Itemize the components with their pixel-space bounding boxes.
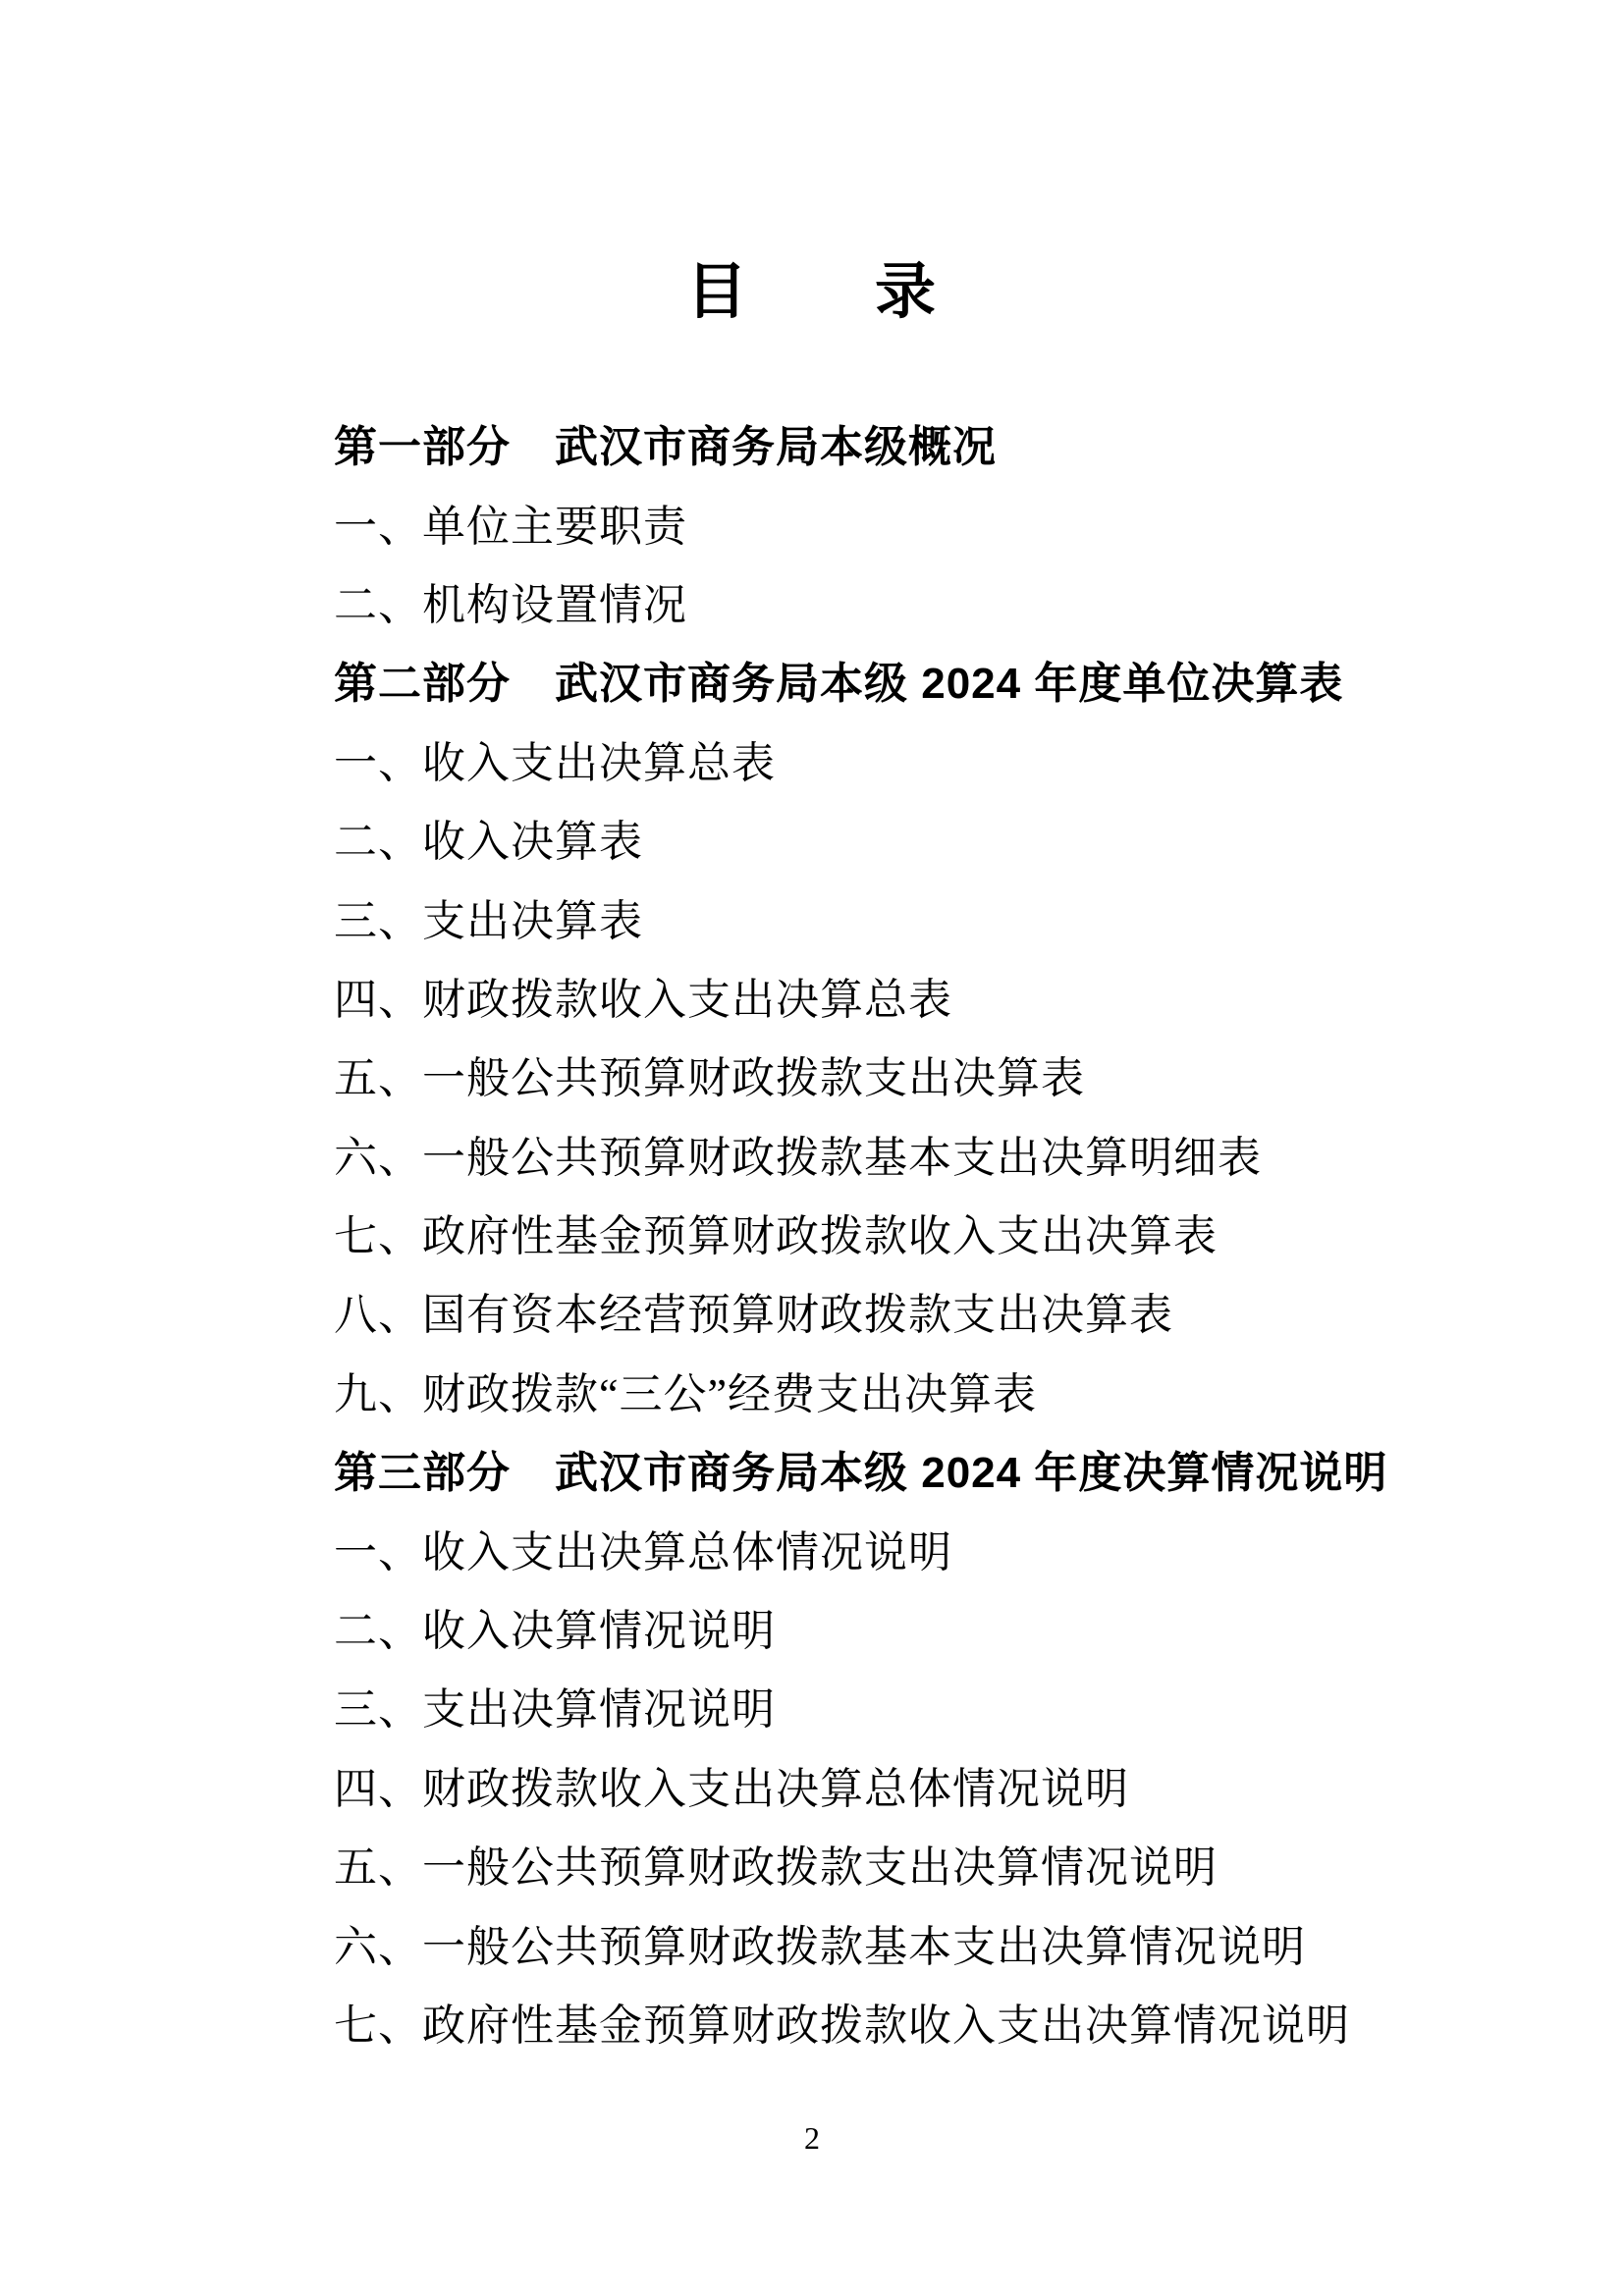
toc-entry: 二、机构设置情况 [334,561,1506,640]
page-number: 2 [0,2118,1624,2158]
toc-entry: 三、支出决算情况说明 [334,1666,1506,1744]
toc-entry: 七、政府性基金预算财政拨款收入支出决算表 [334,1193,1506,1271]
toc-entry-label: 七、政府性基金预算财政拨款收入支出决算表 [334,1201,1218,1263]
toc-entry: 七、政府性基金预算财政拨款收入支出决算情况说明 [334,1982,1506,2060]
toc-entry: 一、单位主要职责 [334,482,1506,561]
toc-entry-label: 一、收入支出决算总体情况说明 [334,1517,952,1579]
toc-entry-label: 五、一般公共预算财政拨款支出决算情况说明 [334,1832,1218,1895]
toc-entry-label: 三、支出决算情况说明 [334,1674,776,1736]
toc-entry-label: 第二部分 武汉市商务局本级 2024 年度单位决算表 [334,648,1343,711]
toc-entry-label: 八、国有资本经营预算财政拨款支出决算表 [334,1279,1173,1342]
toc-entry-label: 二、收入决算表 [334,806,643,869]
toc-entry: 四、财政拨款收入支出决算总表 [334,956,1506,1035]
toc-entry: 五、一般公共预算财政拨款支出决算情况说明 [334,1824,1506,1902]
toc-entry-label: 一、单位主要职责 [334,491,687,554]
toc-entry: 五、一般公共预算财政拨款支出决算表 [334,1035,1506,1113]
toc-entry: 九、财政拨款“三公”经费支出决算表 [334,1351,1506,1429]
toc-entry: 八、国有资本经营预算财政拨款支出决算表 [334,1271,1506,1350]
toc-entry: 六、一般公共预算财政拨款基本支出决算明细表 [334,1114,1506,1193]
toc-entry-label: 四、财政拨款收入支出决算总表 [334,964,952,1027]
toc-entry-label: 第一部分 武汉市商务局本级概况 [334,411,997,474]
toc-entry: 二、收入决算表 [334,798,1506,877]
toc-entry: 第三部分 武汉市商务局本级 2024 年度决算情况说明 [334,1429,1506,1508]
document-page: 目 录 第一部分 武汉市商务局本级概况 一、单位主要职责 二、机构设置情况 第二… [0,0,1624,2296]
toc-entry-label: 三、支出决算表 [334,885,643,948]
toc-entry-label: 六、一般公共预算财政拨款基本支出决算情况说明 [334,1911,1306,1974]
toc-entry-label: 九、财政拨款“三公”经费支出决算表 [334,1359,1037,1421]
toc-entry: 第二部分 武汉市商务局本级 2024 年度单位决算表 [334,640,1506,719]
toc-entry: 第一部分 武汉市商务局本级概况 [334,403,1506,482]
toc-entry: 一、收入支出决算总表 [334,720,1506,798]
toc-entry-label: 二、收入决算情况说明 [334,1595,776,1658]
toc-entry-label: 五、一般公共预算财政拨款支出决算表 [334,1042,1085,1105]
table-of-contents: 第一部分 武汉市商务局本级概况 一、单位主要职责 二、机构设置情况 第二部分 武… [334,403,1506,2060]
toc-entry-label: 二、机构设置情况 [334,569,687,632]
toc-entry-label: 七、政府性基金预算财政拨款收入支出决算情况说明 [334,1990,1350,2053]
toc-entry-label: 四、财政拨款收入支出决算总体情况说明 [334,1753,1129,1816]
toc-entry: 二、收入决算情况说明 [334,1587,1506,1666]
toc-entry-label: 六、一般公共预算财政拨款基本支出决算明细表 [334,1122,1262,1185]
toc-entry: 四、财政拨款收入支出决算总体情况说明 [334,1745,1506,1824]
toc-entry-label: 一、收入支出决算总表 [334,727,776,790]
toc-entry-label: 第三部分 武汉市商务局本级 2024 年度决算情况说明 [334,1437,1387,1500]
page-title: 目 录 [0,253,1624,332]
toc-entry: 一、收入支出决算总体情况说明 [334,1508,1506,1586]
toc-entry: 三、支出决算表 [334,877,1506,955]
toc-entry: 六、一般公共预算财政拨款基本支出决算情况说明 [334,1902,1506,1981]
